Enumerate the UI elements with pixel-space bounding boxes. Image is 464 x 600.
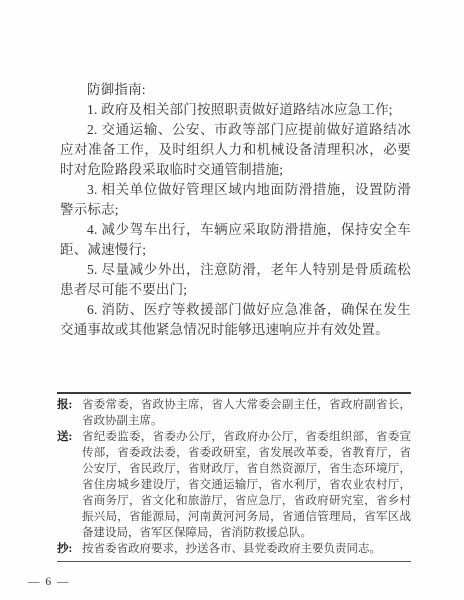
guide-item-6: 6. 消防、医疗等救援部门做好应急准备，确保在发生交通事故或其他紧急情况时能够迅… <box>60 300 411 340</box>
copy-label: 抄: <box>57 541 82 557</box>
distribution-entry-report: 报: 省委常委，省政协主席，省人大常委会副主任，省政府副省长，省政协副主席。 <box>57 397 411 429</box>
guide-item-2: 2. 交通运输、公安、市政等部门应提前做好道路结冰应对准备工作，及时组织人力和机… <box>60 120 411 180</box>
guide-item-1: 1. 政府及相关部门按照职责做好道路结冰应急工作; <box>60 100 411 120</box>
report-text: 省委常委，省政协主席，省人大常委会副主任，省政府副省长，省政协副主席。 <box>82 397 411 429</box>
page-number: — 6 — <box>28 576 70 588</box>
guide-title: 防御指南: <box>60 80 411 100</box>
guide-item-3: 3. 相关单位做好管理区域内地面防滑措施，设置防滑警示标志; <box>60 180 411 220</box>
distribution-entry-send: 送: 省纪委监委，省委办公厅，省政府办公厅，省委组织部，省委宣传部，省委政法委，… <box>57 429 411 541</box>
report-label: 报: <box>57 397 82 413</box>
document-page: 防御指南: 1. 政府及相关部门按照职责做好道路结冰应急工作; 2. 交通运输、… <box>0 0 464 600</box>
guide-item-4: 4. 减少驾车出行，车辆应采取防滑措施，保持安全车距、减速慢行; <box>60 220 411 260</box>
guide-item-5: 5. 尽量减少外出，注意防滑，老年人特别是骨质疏松患者尽可能不要出门; <box>60 260 411 300</box>
send-label: 送: <box>57 429 82 445</box>
send-text: 省纪委监委，省委办公厅，省政府办公厅，省委组织部，省委宣传部，省委政法委，省委政… <box>82 429 411 541</box>
guide-section: 防御指南: 1. 政府及相关部门按照职责做好道路结冰应急工作; 2. 交通运输、… <box>60 80 411 340</box>
distribution-block: 报: 省委常委，省政协主席，省人大常委会副主任，省政府副省长，省政协副主席。 送… <box>57 392 411 562</box>
distribution-entry-copy: 抄: 按省委省政府要求，抄送各市、县党委政府主要负责同志。 <box>57 541 411 557</box>
copy-text: 按省委省政府要求，抄送各市、县党委政府主要负责同志。 <box>82 541 411 557</box>
